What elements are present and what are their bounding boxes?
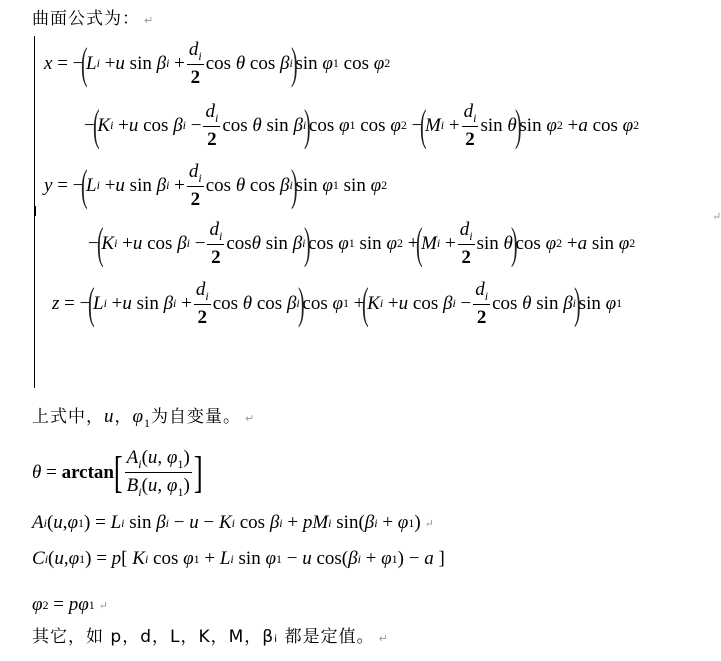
A-equation: Ai(u,φ1) = Li sin βi − u − Ki cos βi + p…: [32, 512, 434, 534]
heading: 曲面公式为：↵: [32, 4, 154, 29]
equation-y-line2: −(Ki +u cos βi − di2cosθ sin βi )cos φ1 …: [88, 220, 635, 267]
constants-note: 其它，如 p，d，L，K，M，βᵢ 都是定值。↵: [32, 622, 389, 647]
theta-equation: θ = arctan [ Ai(u, φ1)Bi(u, φ1) ]: [32, 448, 202, 498]
variables-note: 上式中，u，φ1为自变量。↵: [32, 402, 255, 431]
C-equation: Ci(u,φ1) = p[ Ki cos φ1 + Li sin φ1 − u …: [32, 548, 445, 570]
equation-x-line1: x = −( Li +u sin βi + di2cos θ cos βi )s…: [44, 40, 390, 87]
left-brace: [34, 36, 43, 388]
return-mark: ↵: [712, 210, 721, 223]
phi2-equation: φ2 = pφ1↵: [32, 594, 108, 616]
equation-x-line2: −(Ki +u cos βi − di2cos θ sin βi )cos φ1…: [84, 102, 639, 149]
equation-y-line1: y = −( Li +u sin βi + di2cos θ cos βi )s…: [44, 162, 387, 209]
equation-z-line: z = −( Li +u sin βi + di2cos θ cos βi )c…: [52, 280, 622, 327]
